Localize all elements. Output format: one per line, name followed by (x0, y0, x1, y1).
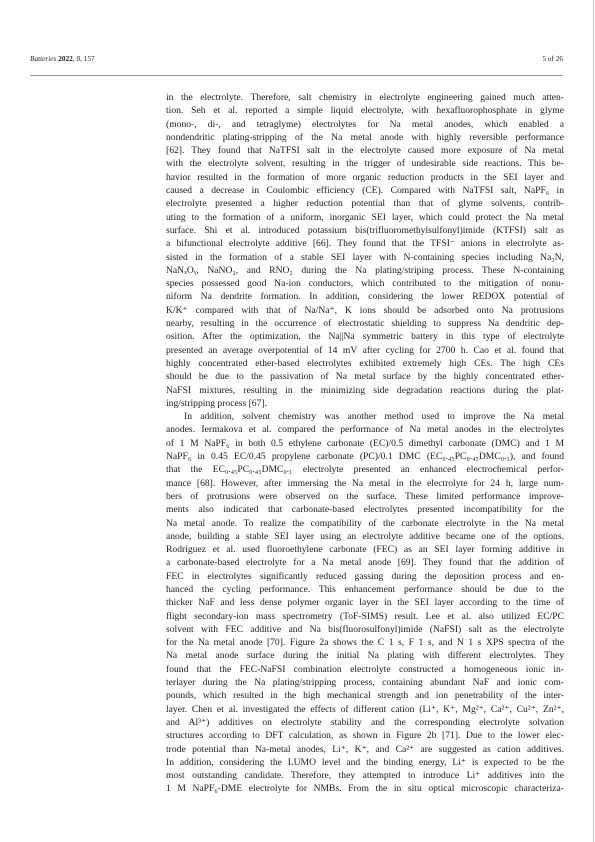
body-text: in the electrolyte. Therefore, salt chem… (166, 91, 564, 796)
text-line: found that the FEC-NaFSI combination ele… (166, 663, 564, 676)
text-line: most outstanding candidate. Therefore, t… (166, 769, 564, 782)
text-line: In addition, solvent chemistry was anoth… (166, 410, 564, 423)
text-line: K/K⁺ compared with that of Na/Na⁺, K ion… (166, 304, 564, 317)
text-line: NaFSI mixtures, resulting in the minimiz… (166, 384, 564, 397)
text-line: anode, building a stable SEI layer using… (166, 530, 564, 543)
text-line: ing/stripping process [67]. (166, 397, 564, 410)
text-line: trode potential than Na-metal anodes, Li… (166, 743, 564, 756)
page-border (593, 0, 594, 842)
text-line: anodes. Iermakova et al. compared the pe… (166, 423, 564, 436)
text-line: layer. Chen et al. investigated the effe… (166, 703, 564, 716)
journal-citation: Batteries 2022, 8, 157 (30, 54, 95, 63)
text-line: of 1 M NaPF₆ in both 0.5 ethylene carbon… (166, 437, 564, 450)
text-line: species possessed good Na-ion conductors… (166, 277, 564, 290)
running-header: Batteries 2022, 8, 157 5 of 26 (30, 52, 563, 66)
text-line: nondendritic plating-stripping of the Na… (166, 131, 564, 144)
text-line: that the EC₀.₄₅PC₀.₄₅DMC₀.₁ electrolyte … (166, 463, 564, 476)
text-line: ments also indicated that carbonate-base… (166, 503, 564, 516)
journal-name: Batteries (30, 54, 56, 63)
text-line: flight secondary-ion mass spectrometry (… (166, 610, 564, 623)
journal-volume: 8 (76, 54, 80, 63)
text-line: osition. After the optimization, the Na|… (166, 330, 564, 343)
text-line: should be due to the passivation of Na m… (166, 370, 564, 383)
paragraph-1: in the electrolyte. Therefore, salt chem… (166, 91, 564, 410)
text-line: caused a decrease in Coulombic efficienc… (166, 184, 564, 197)
paragraph-2: In addition, solvent chemistry was anoth… (166, 410, 564, 796)
text-line: thicker NaF and less dense polymer organ… (166, 596, 564, 609)
text-line: for the Na metal anode [70]. Figure 2a s… (166, 636, 564, 649)
text-line: NaPF₆ in 0.45 EC/0.45 propylene carbonat… (166, 450, 564, 463)
article-number: 157 (84, 54, 95, 63)
text-line: FEC in electrolytes significantly reduce… (166, 570, 564, 583)
text-line: terlayer during the Na plating/stripping… (166, 676, 564, 689)
page-number: 5 of 26 (542, 54, 563, 63)
text-line: solvent with FEC additive and Na bis(flu… (166, 623, 564, 636)
text-line: pounds, which resulted in the high mecha… (166, 689, 564, 702)
text-line: structures according to DFT calculation,… (166, 729, 564, 742)
text-line: NaNₓOᵧ, NaNO₂, and RNO₂ during the Na pl… (166, 264, 564, 277)
text-line: hanced the cycling performance. This enh… (166, 583, 564, 596)
text-line: highly concentrated ether-based electrol… (166, 357, 564, 370)
text-line: electrolyte presented a higher reduction… (166, 197, 564, 210)
text-line: Na metal anode. To realize the compatibi… (166, 517, 564, 530)
text-line: (mono-, di-, and tetraglyme) electrolyte… (166, 118, 564, 131)
text-line: tion. Seh et al. reported a simple liqui… (166, 104, 564, 117)
text-line: nearby, resulting in the occurrence of e… (166, 317, 564, 330)
text-line: [62]. They found that NaTFSI salt in the… (166, 144, 564, 157)
text-line: havior resulted in the formation of more… (166, 171, 564, 184)
text-line: presented an average overpotential of 14… (166, 344, 564, 357)
text-line: Na metal anode surface during the initia… (166, 649, 564, 662)
text-line: in the electrolyte. Therefore, salt chem… (166, 91, 564, 104)
text-line: mance [68]. However, after immersing the… (166, 477, 564, 490)
text-line: with the electrolyte solvent, resulting … (166, 157, 564, 170)
header-rule (30, 75, 563, 76)
text-line: and Al³⁺) additives on electrolyte stabi… (166, 716, 564, 729)
text-line: bers of protrusions were observed on the… (166, 490, 564, 503)
text-line: niform Na dendrite formation. In additio… (166, 290, 564, 303)
text-line: uting to the formation of a uniform, ino… (166, 211, 564, 224)
text-line: sisted in the formation of a stable SEI … (166, 251, 564, 264)
text-line: 1 M NaPF₆-DME electrolyte for NMBs. From… (166, 782, 564, 795)
journal-year: 2022 (58, 54, 73, 63)
text-line: In addition, considering the LUMO level … (166, 756, 564, 769)
text-line: a bifunctional electrolyte additive [66]… (166, 237, 564, 250)
text-line: surface. Shi et al. introduced potassium… (166, 224, 564, 237)
text-line: Rodriguez et al. used fluoroethylene car… (166, 543, 564, 556)
text-line: a carbonate-based electrolyte for a Na m… (166, 556, 564, 569)
